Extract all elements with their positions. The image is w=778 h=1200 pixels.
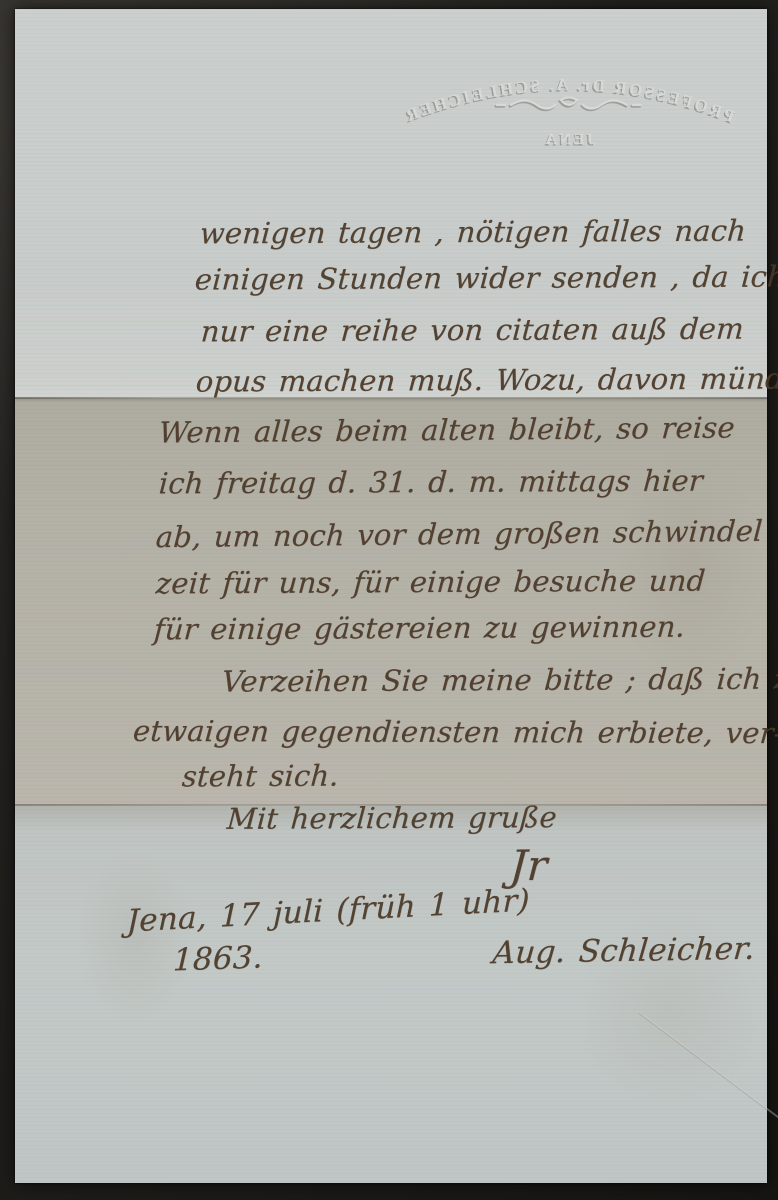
dateline-year: 1863. — [172, 939, 263, 978]
handwritten-line: steht sich. — [181, 759, 340, 794]
flourish-ornament — [496, 98, 641, 110]
embossed-letterhead: PROFESSOR Dr. A. SCHLEICHER PROFESSOR Dr… — [383, 37, 755, 155]
handwritten-line: für einige gästereien zu gewinnen. — [153, 610, 686, 647]
handwritten-line: wenigen tagen , nötigen falles nach — [199, 214, 747, 251]
handwritten-line: ich freitag d. 31. d. m. mittags hier — [158, 464, 704, 501]
handwritten-line: nur eine reihe von citaten auß dem — [200, 312, 745, 349]
letter-paper: PROFESSOR Dr. A. SCHLEICHER PROFESSOR Dr… — [15, 9, 767, 1183]
photo-background: PROFESSOR Dr. A. SCHLEICHER PROFESSOR Dr… — [0, 0, 778, 1200]
letterhead-arc-text: PROFESSOR Dr. A. SCHLEICHER — [401, 75, 737, 126]
handwritten-line: opus machen muß. Wozu, davon münd. — [195, 361, 778, 398]
handwritten-line: Wenn alles beim alten bleibt, so reise — [158, 410, 736, 449]
handwritten-line: etwaigen gegendiensten mich erbiete, ver… — [132, 714, 778, 750]
handwritten-line: einigen Stunden wider senden , da ich — [194, 259, 778, 296]
paper-panel-bottom — [15, 805, 767, 1183]
handwritten-line: ab, um noch vor dem großen schwindel — [155, 514, 764, 554]
letterhead-city-text: JENA — [543, 131, 595, 148]
signature: Aug. Schleicher. — [491, 931, 756, 972]
handwritten-line: zeit für uns, für einige besuche und — [155, 564, 707, 601]
handwritten-line: Verzeihen Sie meine bitte ; daß ich zu — [221, 661, 778, 698]
closing-line: Mit herzlichem gruße — [226, 800, 558, 836]
